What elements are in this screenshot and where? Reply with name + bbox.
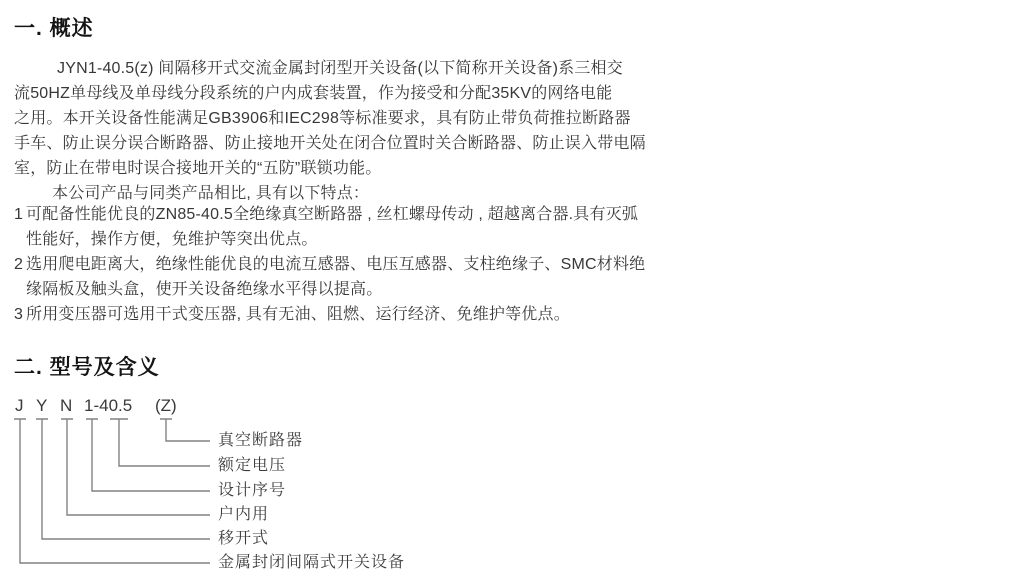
feature-list: 1可配备性能优良的ZN85-40.5全绝缘真空断路器 , 丝杠螺母传动 , 超越…	[14, 202, 690, 327]
paragraph-line: JYN1-40.5(z) 间隔移开式交流金属封闭型开关设备(以下简称开关设备)系…	[14, 56, 690, 81]
paragraph-line: 室，防止在带电时误合接地开关的“五防”联锁功能。	[14, 156, 690, 181]
overview-paragraph: JYN1-40.5(z) 间隔移开式交流金属封闭型开关设备(以下简称开关设备)系…	[14, 56, 690, 206]
feature-item-2-line-2: 缘隔板及触头盒，使开关设备绝缘水平得以提高。	[14, 277, 690, 302]
paragraph-line: 流50HZ单母线及单母线分段系统的户内成套装置，作为接受和分配35KV的网络电能	[14, 81, 690, 106]
feature-text: 可配备性能优良的ZN85-40.5全绝缘真空断路器 , 丝杠螺母传动 , 超越离…	[26, 206, 638, 223]
designation-label-vacuum-breaker: 真空断路器	[218, 431, 303, 451]
designation-label-design-serial: 设计序号	[218, 481, 286, 501]
feature-item-2-line-1: 2选用爬电距离大，绝缘性能优良的电流互感器、电压互感器、支柱绝缘子、SMC材料绝	[14, 252, 690, 277]
designation-label-metal-enclosed: 金属封闭间隔式开关设备	[218, 553, 405, 573]
section2-heading: 二. 型号及含义	[14, 351, 160, 381]
paragraph-line: 手车、防止误分误合断路器、防止接地开关处在闭合位置时关合断路器、防止误入带电隔	[14, 131, 690, 156]
designation-label-rated-voltage: 额定电压	[218, 456, 286, 476]
feature-number: 2	[14, 252, 26, 277]
model-designation-diagram: J Y N 1-40.5 (Z) 真空断路器 额定电压 设计序号 户内用 移开式…	[0, 390, 480, 579]
feature-item-3-line-1: 3所用变压器可选用干式变压器, 具有无油、阻燃、运行经济、免维护等优点。	[14, 302, 690, 327]
feature-text: 选用爬电距离大，绝缘性能优良的电流互感器、电压互感器、支柱绝缘子、SMC材料绝	[26, 256, 645, 273]
feature-item-1-line-1: 1可配备性能优良的ZN85-40.5全绝缘真空断路器 , 丝杠螺母传动 , 超越…	[14, 202, 690, 227]
feature-number: 3	[14, 302, 26, 327]
document-page: 一. 概述 JYN1-40.5(z) 间隔移开式交流金属封闭型开关设备(以下简称…	[0, 0, 1015, 579]
feature-item-1-line-2: 性能好，操作方便，免维护等突出优点。	[14, 227, 690, 252]
section1-heading: 一. 概述	[14, 12, 94, 42]
feature-number: 1	[14, 202, 26, 227]
paragraph-line: 之用。本开关设备性能满足GB3906和IEC298等标准要求，具有防止带负荷推拉…	[14, 106, 690, 131]
designation-label-withdrawable: 移开式	[218, 529, 269, 549]
designation-label-indoor-use: 户内用	[218, 505, 269, 525]
feature-text: 所用变压器可选用干式变压器, 具有无油、阻燃、运行经济、免维护等优点。	[26, 306, 570, 323]
